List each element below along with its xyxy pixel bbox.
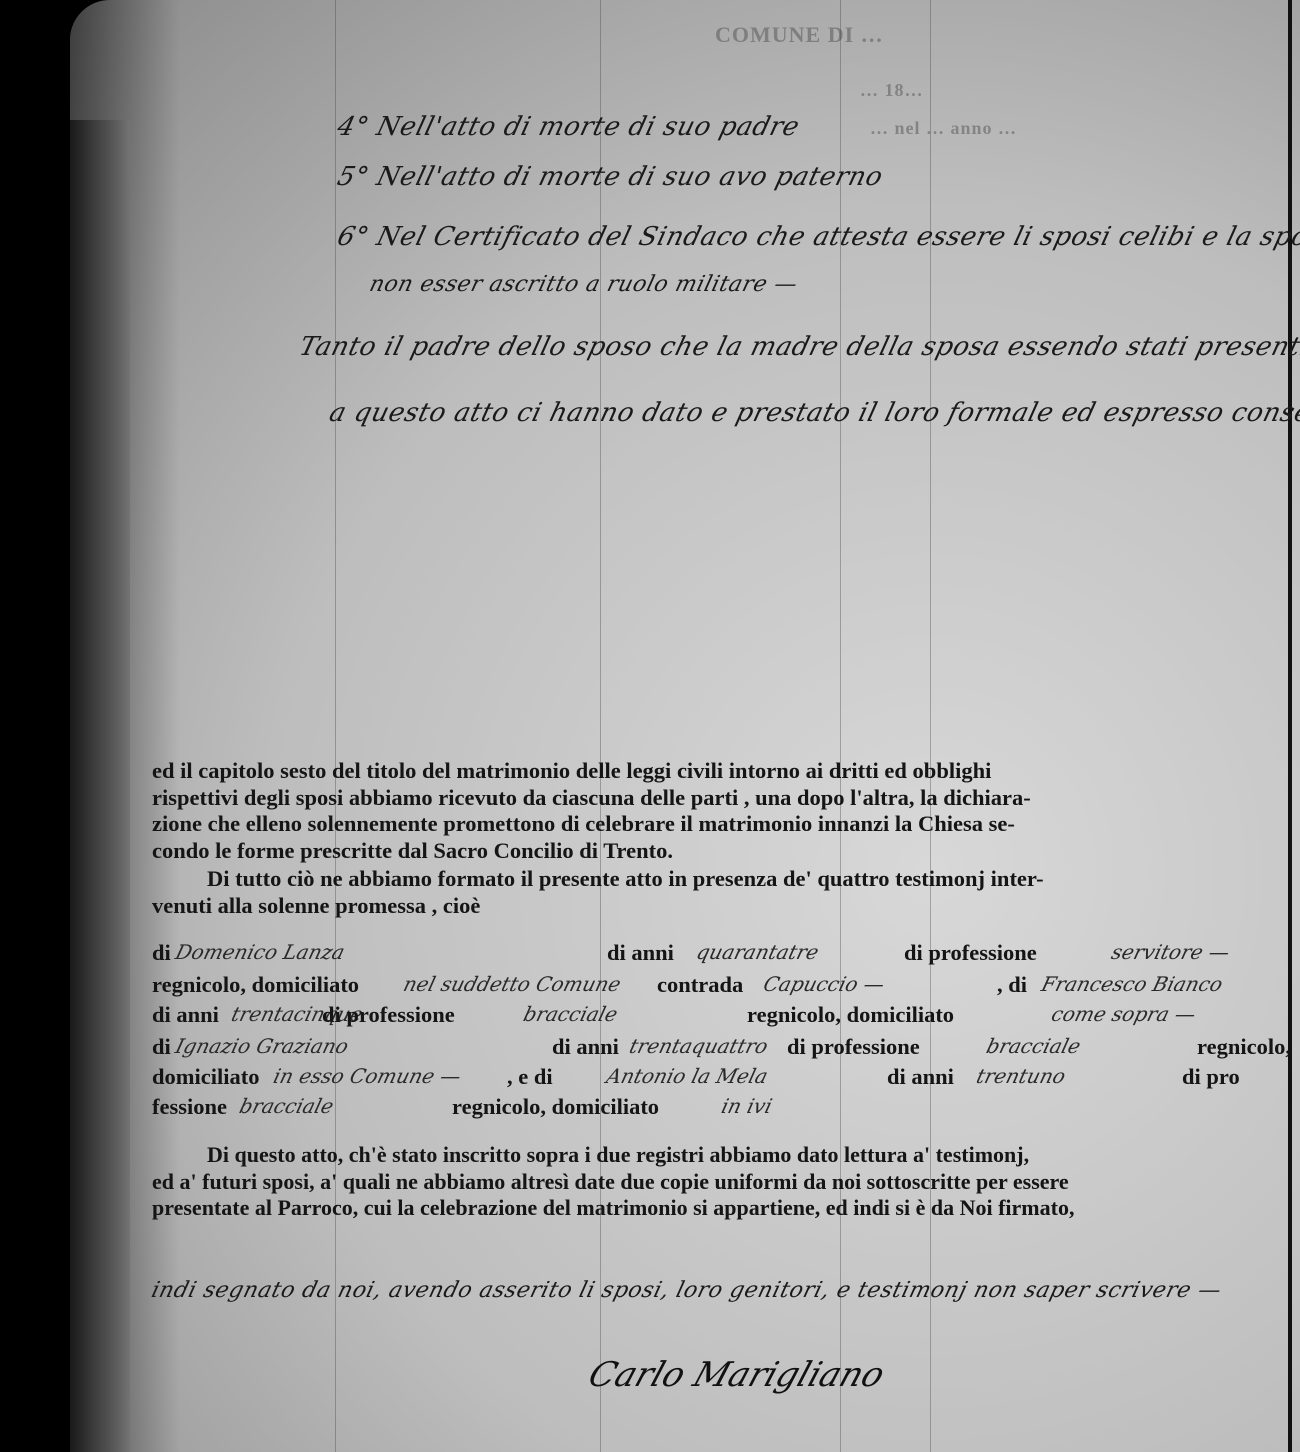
- witness-profession: bracciale: [237, 1094, 336, 1118]
- witness-name: Antonio la Mela: [604, 1064, 770, 1088]
- label-domiciliato: regnicolo, domiciliato: [452, 1094, 659, 1120]
- label-professione: di pro: [1182, 1064, 1240, 1090]
- ruling-line: [840, 0, 841, 1452]
- witness-row: fessione bracciale regnicolo, domiciliat…: [152, 1094, 1300, 1124]
- printed-line: Di questo atto, ch'è stato inscritto sop…: [152, 1142, 1294, 1169]
- label-anni: di anni: [887, 1064, 954, 1090]
- witness-row: di anni trentacinque di professione brac…: [152, 1002, 1300, 1032]
- witness-row: di Domenico Lanza di anni quarantatre di…: [152, 940, 1300, 970]
- label-di: , di: [997, 972, 1027, 998]
- bleed-header-line: … 18…: [860, 80, 924, 101]
- witness-name: Francesco Bianco: [1039, 972, 1225, 996]
- spine-shadow: [70, 0, 180, 1452]
- witness-age: quarantatre: [694, 940, 821, 964]
- label-professione: di professione: [904, 940, 1037, 966]
- printed-line: presentate al Parroco, cui la celebrazio…: [152, 1195, 1294, 1222]
- label-professione: fessione: [152, 1094, 227, 1120]
- label-professione: di professione: [787, 1034, 920, 1060]
- handwritten-line: 6° Nel Certificato del Sindaco che attes…: [334, 222, 1300, 252]
- handwritten-line: a questo atto ci hanno dato e prestato i…: [326, 398, 1300, 428]
- document-page: COMUNE DI … … 18… … nel … anno … 4° Nell…: [70, 0, 1300, 1452]
- label-di: di: [152, 940, 171, 966]
- witness-profession: bracciale: [984, 1034, 1083, 1058]
- label-contrada: contrada: [657, 972, 743, 998]
- witness-profession: servitore —: [1109, 940, 1232, 964]
- bleed-header-title: COMUNE DI …: [715, 22, 884, 48]
- label-domiciliato: regnicolo, domiciliato: [152, 972, 359, 998]
- printed-line: rispettivi degli sposi abbiamo ricevuto …: [152, 785, 1294, 812]
- label-domiciliato: regnicolo, domiciliato: [747, 1002, 954, 1028]
- printed-line: venuti alla solenne promessa , cioè: [152, 893, 1294, 920]
- witness-age: trentaquattro: [627, 1034, 771, 1058]
- ruling-line: [335, 0, 336, 1452]
- witness-row: regnicolo, domiciliato nel suddetto Comu…: [152, 972, 1300, 1002]
- printed-line: zione che elleno solennemente promettono…: [152, 811, 1294, 838]
- bleed-header-line: … nel … anno …: [870, 118, 1017, 139]
- printed-line: ed a' futuri sposi, a' quali ne abbiamo …: [152, 1169, 1294, 1196]
- label-domiciliato: domiciliato: [152, 1064, 260, 1090]
- label-professione: di professione: [322, 1002, 455, 1028]
- witness-domicile: in esso Comune —: [271, 1064, 464, 1088]
- page-edge: [1288, 0, 1292, 1452]
- printed-line: Di tutto ciò ne abbiamo formato il prese…: [152, 866, 1294, 893]
- handwritten-line: non esser ascritto a ruolo militare —: [367, 272, 800, 297]
- printed-paragraph: ed il capitolo sesto del titolo del matr…: [152, 758, 1294, 864]
- ruling-line: [930, 0, 931, 1452]
- handwritten-line: 5° Nell'atto di morte di suo avo paterno: [334, 162, 886, 192]
- printed-line: ed il capitolo sesto del titolo del matr…: [152, 758, 1294, 785]
- handwritten-line: Tanto il padre dello sposo che la madre …: [296, 332, 1300, 362]
- label-e-di: , e di: [507, 1064, 553, 1090]
- witness-row: di Ignazio Graziano di anni trentaquattr…: [152, 1034, 1300, 1064]
- label-anni: di anni: [607, 940, 674, 966]
- witness-domicile: in ivi: [719, 1094, 775, 1118]
- printed-paragraph: Di questo atto, ch'è stato inscritto sop…: [152, 1142, 1294, 1222]
- witness-age: trentuno: [974, 1064, 1068, 1088]
- printed-line: condo le forme prescritte dal Sacro Conc…: [152, 838, 1294, 865]
- witness-name: Domenico Lanza: [173, 940, 347, 964]
- label-anni: di anni: [152, 1002, 219, 1028]
- witness-domicile: come sopra —: [1049, 1002, 1198, 1026]
- signature: Carlo Marigliano: [584, 1355, 890, 1395]
- witness-contrada: Capuccio —: [761, 972, 887, 996]
- witness-profession: bracciale: [521, 1002, 620, 1026]
- label-anni: di anni: [552, 1034, 619, 1060]
- printed-paragraph: Di tutto ciò ne abbiamo formato il prese…: [152, 866, 1294, 919]
- witness-name: Ignazio Graziano: [173, 1034, 351, 1058]
- ruling-line: [600, 0, 601, 1452]
- handwritten-closing: indi segnato da noi, avendo asserito li …: [149, 1278, 1224, 1303]
- label-regnicolo: regnicolo,: [1197, 1034, 1291, 1060]
- witness-row: domiciliato in esso Comune — , e di Anto…: [152, 1064, 1300, 1094]
- witness-domicile: nel suddetto Comune: [401, 972, 623, 996]
- handwritten-line: 4° Nell'atto di morte di suo padre: [334, 112, 802, 142]
- label-di: di: [152, 1034, 171, 1060]
